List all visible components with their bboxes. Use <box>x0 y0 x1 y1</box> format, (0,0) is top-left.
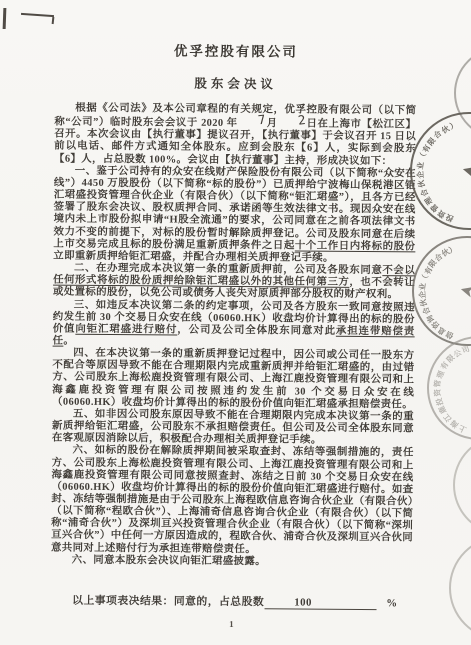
scanned-document-page: 优孚控股有限公司 股东会决议 根据《公司法》及本公司章程的有关规定，优孚控股有限… <box>0 0 471 645</box>
seal-ring-character: 资 <box>437 208 447 218</box>
seal-ring-character: 投 <box>445 213 455 223</box>
seal-ring-character: 有 <box>440 361 450 371</box>
seal-stamp-6 <box>449 536 471 640</box>
seal-ring-character: 理 <box>424 195 434 205</box>
vote-result-suffix: % <box>386 597 397 609</box>
text-segment: ，公司及公司全体股东同意对此 <box>177 324 336 336</box>
seal-ring-character: 管 <box>430 202 441 213</box>
seal-ring-character: 伙 <box>440 248 450 258</box>
seal-ring-character: 伙 <box>419 299 428 308</box>
seal-ring-character: ） <box>449 121 459 131</box>
text-segment: 月 <box>266 118 277 129</box>
seal-ring-character: （ <box>418 153 427 162</box>
seal-ring-character: 海 <box>449 419 460 430</box>
paragraph: 一、鉴于公司持有的众安在线财产保险股份有限公司（以下简称“众安在线”）4450 … <box>53 165 416 265</box>
document-content: 优孚控股有限公司 股东会决议 根据《公司法》及本公司章程的有关规定，优孚控股有限… <box>50 39 417 631</box>
scan-artifact-vertical-mark <box>3 8 7 29</box>
handwritten-digit: 7 <box>237 114 267 129</box>
vote-result-line: 以上事项表决结果：同意的，占总股数100% <box>51 592 413 610</box>
seal-stamp-1 <box>454 47 471 139</box>
seal-stamp-4: 上海江鹿投资管理有限公司 <box>427 336 471 440</box>
paragraph: 根据《公司法》及本公司章程的有关规定，优孚控股有限公司（以下简称“公司”）临时股… <box>54 103 416 169</box>
seal-ring-character: 合 <box>433 253 444 264</box>
document-subtitle: 股东会决议 <box>55 73 417 94</box>
paragraph: 六、同意本股东会决议向钜汇珺盛披露。 <box>51 554 413 569</box>
seal-center-star-icon: ➤ <box>460 161 471 181</box>
scan-artifact-horizontal-mark <box>21 13 54 17</box>
seal-ring-character: 有 <box>423 266 433 276</box>
seal-ring-character: 江 <box>443 412 454 423</box>
text-segment: 四、在本决议第一条的重新质押登记过程中，因公司或公司任一股东方不配合等原因导致不… <box>52 348 414 410</box>
text-segment: 六、如标的股份在解除质押期间被采取查封、冻结等强制措施的，责任方、公司股东上海松… <box>51 445 414 555</box>
seal-ring-character: ） <box>448 245 458 255</box>
seal-ring-character: 限 <box>428 259 439 270</box>
seal-ring-character: 伙 <box>418 180 427 189</box>
seal-ring-character: 有 <box>422 144 432 154</box>
seal-stamp-3: 信息咨询合伙企业（有限合伙）➤ <box>412 236 471 346</box>
seal-ring-character: 鹿 <box>438 405 448 415</box>
seal-ring-character: 询 <box>425 313 435 323</box>
company-title: 优孚控股有限公司 <box>55 39 417 62</box>
seal-ring-character: 司 <box>461 345 471 355</box>
paragraph: 六、如标的股份在解除质押期间被采取查封、冻结等强制措施的，责任方、公司股东上海松… <box>51 445 414 557</box>
seal-ring-character: 投 <box>435 397 444 406</box>
seal-ring-character: 限 <box>445 354 456 365</box>
text-segment: 五、如非因公司股东原因导致不能在合理期限内完成本决议第一条的重新质押给钜汇珺盛，… <box>52 409 414 446</box>
paragraph: 二、在办理完成本决议第一条的重新质押前，公司及各股东同意不会以任何形式将标的股份… <box>53 263 415 302</box>
underlined-text: 十个工作日内将标的股份 <box>295 240 416 252</box>
document-body: 根据《公司法》及本公司章程的有关规定，优孚控股有限公司（以下简称“公司”）临时股… <box>51 103 417 570</box>
text-segment: 六、同意本股东会决议向钜汇珺盛披露。 <box>72 555 266 568</box>
seal-center-star-icon: ➤ <box>458 281 471 301</box>
seal-ring-character: 企 <box>419 291 427 299</box>
seal-ring-character: 上 <box>458 424 468 434</box>
seal-ring-character: 管 <box>434 379 443 388</box>
page-number: 1 <box>50 617 412 630</box>
seal-ring-character: 资 <box>434 388 442 396</box>
seal-ring-character: 理 <box>436 370 446 380</box>
seal-ring-character: 伙 <box>440 124 450 134</box>
text-segment: 一、鉴于公司持有的众安在线财产保险股份有限公司（以下简称“众安在线”）4450 … <box>53 166 416 252</box>
vote-blank-field: 100 <box>264 596 376 610</box>
seal-ring-character: 业 <box>419 282 427 290</box>
vote-result-prefix: 以上事项表决结果：同意的，占总股数 <box>72 595 264 609</box>
scan-artifact-tick-mark <box>52 17 55 24</box>
underlined-text: 向钜汇珺盛进行赔付 <box>75 324 177 336</box>
seal-ring-character: 合 <box>420 188 430 198</box>
seal-ring-character: 合 <box>433 130 444 141</box>
seal-ring-character: 企 <box>417 171 425 179</box>
seal-ring-character: 信 <box>444 329 454 339</box>
seal-ring-character: 业 <box>417 162 425 170</box>
paragraph: 三、如违反本决议第二条的约定事项，公司及各方股东一致同意按照违约发生前 30 个… <box>53 299 415 350</box>
text-segment: 立即重新质押给钜汇珺盛，并配合办理相关质押登记手续。 <box>53 250 334 263</box>
seal-ring-character: 限 <box>427 136 438 147</box>
seal-stamp-5 <box>453 435 471 535</box>
handwritten-digit: 2 <box>277 114 307 129</box>
seal-ring-character: 息 <box>437 325 447 335</box>
seal-ring-character: 咨 <box>430 320 441 331</box>
seal-ring-character: 公 <box>453 348 463 358</box>
text-segment: 。 <box>63 336 74 347</box>
seal-ring-character: 合 <box>422 306 432 316</box>
seal-ring-character: （ <box>420 274 429 283</box>
seal-stamp-2: 投资管理合伙企业（有限合伙）➤ <box>410 112 471 230</box>
paragraph: 五、如非因公司股东原因导致不能在合理期限内完成本决议第一条的重新质押给钜汇珺盛，… <box>52 408 414 447</box>
paragraph: 四、在本决议第一条的重新质押登记过程中，因公司或公司任一股东方不配合等原因导致不… <box>52 348 414 412</box>
